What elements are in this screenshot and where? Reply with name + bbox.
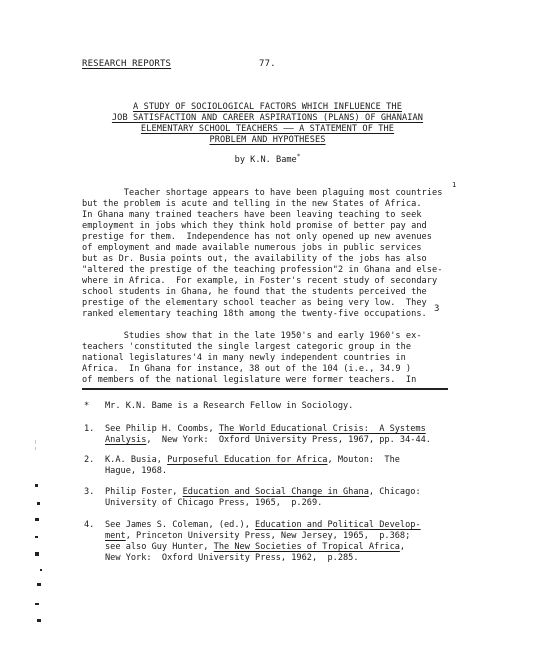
body-line: "altered the prestige of the teaching pr… <box>82 265 442 275</box>
footnote-line: Hague, 1968. <box>105 466 167 476</box>
footnote-text: , Mouton: The <box>327 455 399 465</box>
footnote-marker: 2. <box>84 455 94 465</box>
footnote-ref-3: 3 <box>434 304 439 314</box>
body-line: school students in Ghana, he found that … <box>82 287 427 297</box>
author-footnote-mark: * <box>297 153 301 160</box>
author-name: by K.N. Bame <box>235 155 297 165</box>
article-title-line-3: ELEMENTARY SCHOOL TEACHERS —— A STATEMEN… <box>0 124 535 134</box>
cited-title: Analysis <box>105 435 146 445</box>
footnote-ref-1: 1 <box>452 181 456 189</box>
footnote-text: University of Chicago Press, 1965, p.269… <box>105 498 322 508</box>
body-line: of members of the national legislature w… <box>82 375 416 385</box>
footnote-separator-rule <box>82 388 448 390</box>
body-line: Teacher shortage appears to have been pl… <box>82 188 442 198</box>
body-line: In Ghana many trained teachers have been… <box>82 210 422 220</box>
body-line: teachers 'constituted the single largest… <box>82 342 411 352</box>
page-number: 77. <box>259 59 276 69</box>
footnote-text: K.A. Busia, <box>105 455 167 465</box>
footnote-line: University of Chicago Press, 1965, p.269… <box>105 498 322 508</box>
footnote-text: see also Guy Hunter, <box>105 542 214 552</box>
cited-title: ment <box>105 531 126 541</box>
footnote-text: , New York: Oxford University Press, 196… <box>146 435 431 445</box>
article-title-line-1: A STUDY OF SOCIOLOGICAL FACTORS WHICH IN… <box>0 102 535 112</box>
cited-title: Education and Social Change in Ghana <box>183 487 369 497</box>
body-line: Africa. In Ghana for instance, 38 out of… <box>82 364 411 374</box>
footnote-text: Hague, 1968. <box>105 466 167 476</box>
footnote-line: Mr. K.N. Bame is a Research Fellow in So… <box>105 401 353 411</box>
footnote-marker: 4. <box>84 520 94 530</box>
footnote-line: ment, Princeton University Press, New Je… <box>105 531 410 541</box>
article-title-line-2: JOB SATISFACTION AND CAREER ASPIRATIONS … <box>0 113 535 123</box>
footnote-line: K.A. Busia, Purposeful Education for Afr… <box>105 455 400 465</box>
cited-title: The New Societies of Tropical Africa <box>214 542 400 552</box>
footnote-text: Philip Foster, <box>105 487 183 497</box>
body-line: but the problem is acute and telling in … <box>82 199 422 209</box>
footnote-text: See James S. Coleman, (ed.), <box>105 520 255 530</box>
footnote-marker: 1. <box>84 424 94 434</box>
footnote-text: , Chicago: <box>369 487 421 497</box>
cited-title: Purposeful Education for Africa <box>167 455 327 465</box>
footnote-line: New York: Oxford University Press, 1962,… <box>105 553 359 563</box>
footnote-marker: 3. <box>84 487 94 497</box>
body-line: where in Africa. For example, in Foster'… <box>82 276 437 286</box>
footnote-line: Philip Foster, Education and Social Chan… <box>105 487 421 497</box>
body-line: Studies show that in the late 1950's and… <box>82 331 422 341</box>
running-header-title: RESEARCH REPORTS <box>82 59 171 69</box>
article-title-line-4: PROBLEM AND HYPOTHESES <box>0 135 535 145</box>
footnote-text: New York: Oxford University Press, 1962,… <box>105 553 359 563</box>
cited-title: Education and Political Develop- <box>255 520 421 530</box>
body-line: but as Dr. Busia points out, the availab… <box>82 254 427 264</box>
cited-title: The World Educational Crisis: A Systems <box>219 424 426 434</box>
body-line: of employment and made available numerou… <box>82 243 422 253</box>
footnote-text: See Philip H. Coombs, <box>105 424 219 434</box>
footnote-line: See James S. Coleman, (ed.), Education a… <box>105 520 421 530</box>
footnote-line: see also Guy Hunter, The New Societies o… <box>105 542 405 552</box>
body-line: prestige for them. Independence has not … <box>82 232 432 242</box>
body-line: employment in jobs which they think hold… <box>82 221 427 231</box>
footnote-line: See Philip H. Coombs, The World Educatio… <box>105 424 426 434</box>
body-line: ranked elementary teaching 18th among th… <box>82 309 427 319</box>
footnote-line: Analysis, New York: Oxford University Pr… <box>105 435 431 445</box>
body-line: prestige of the elementary school teache… <box>82 298 427 308</box>
footnote-marker: * <box>84 401 89 411</box>
footnote-text: Mr. K.N. Bame is a Research Fellow in So… <box>105 401 353 411</box>
footnote-text: , Princeton University Press, New Jersey… <box>126 531 411 541</box>
footnote-text: , <box>400 542 405 552</box>
body-line: national legislatures'4 in many newly in… <box>82 353 406 363</box>
byline: by K.N. Bame* <box>0 153 535 165</box>
